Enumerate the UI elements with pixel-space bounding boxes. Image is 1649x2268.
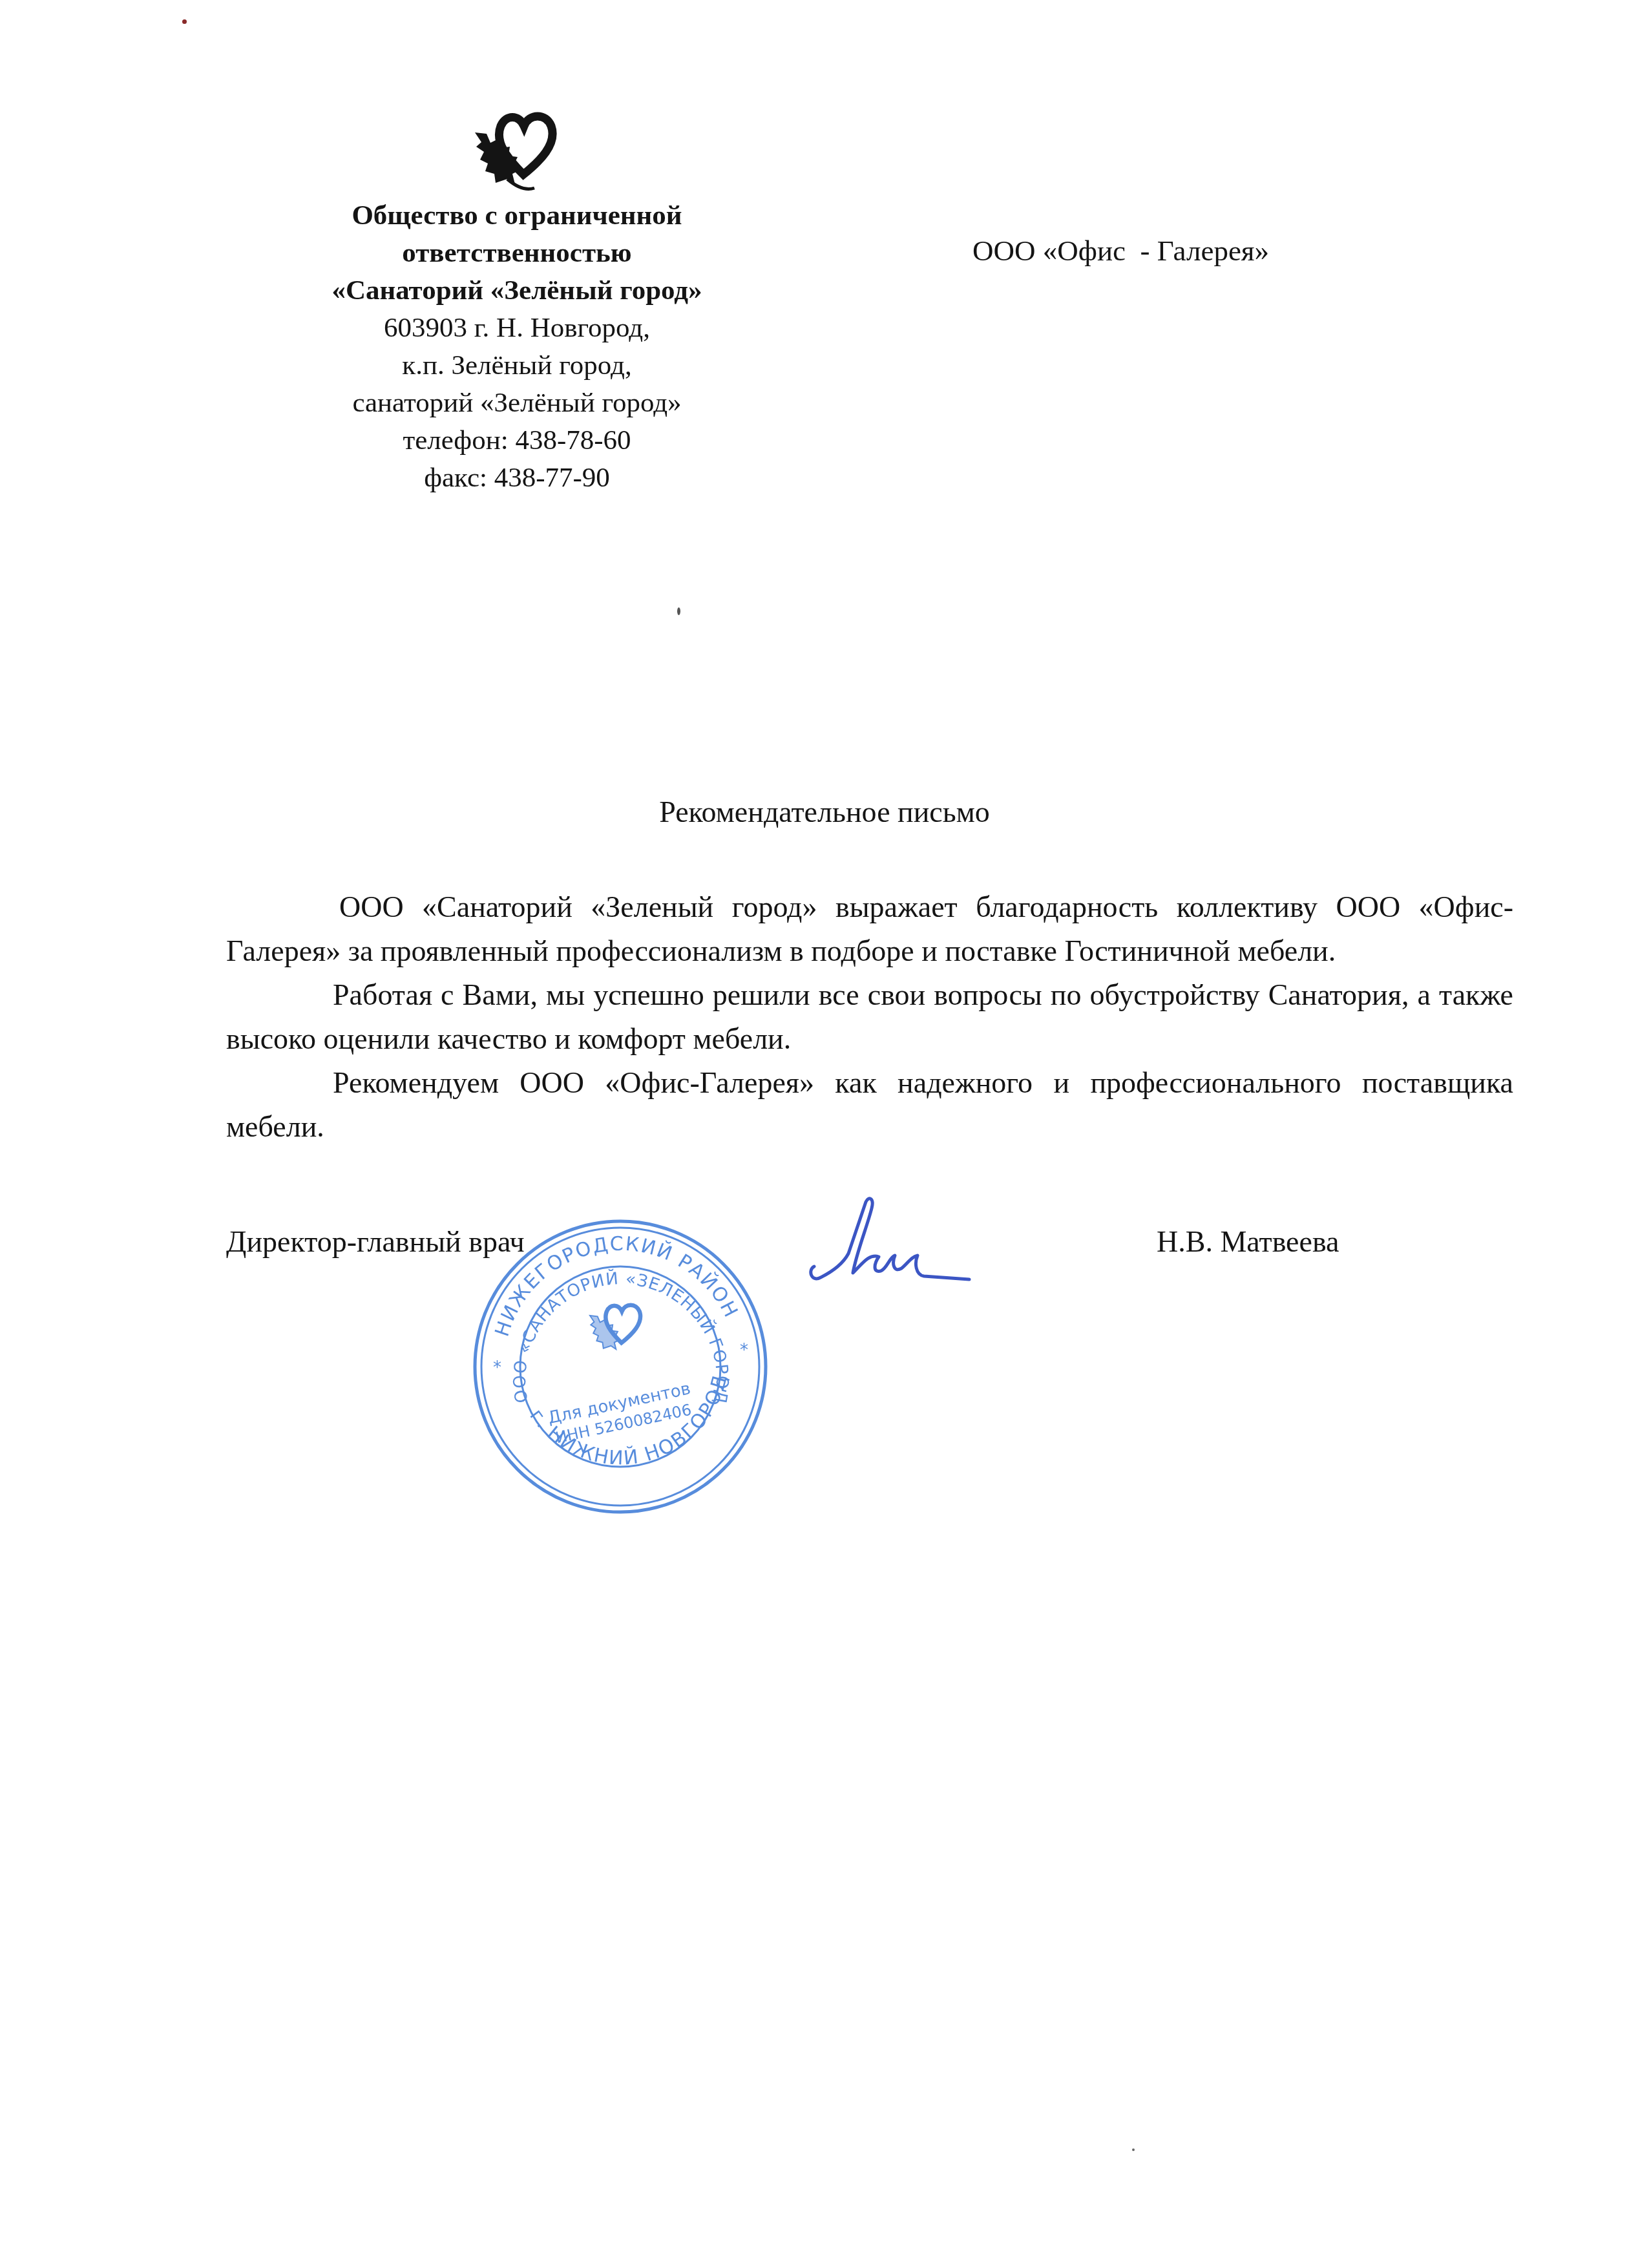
body-paragraph: Работая с Вами, мы успешно решили все св… <box>226 973 1513 1061</box>
svg-text:*: * <box>740 1341 748 1360</box>
signatory-name: Н.В. Матвеева <box>1157 1224 1339 1259</box>
letter-title: Рекомендательное письмо <box>0 795 1649 829</box>
svg-text:*: * <box>493 1358 501 1378</box>
scan-speck <box>677 607 680 615</box>
scan-speck <box>1132 2148 1135 2151</box>
address-line: к.п. Зелёный город, <box>284 347 750 384</box>
letter-body: ООО «Санаторий «Зеленый город» выражает … <box>226 885 1513 1149</box>
body-paragraph: Рекомендуем ООО «Офис-Галерея» как надеж… <box>226 1061 1513 1149</box>
org-name-line: «Санаторий «Зелёный город» <box>284 272 750 310</box>
stamp-logo-icon <box>590 1305 640 1349</box>
signatory-position: Директор-главный врач <box>226 1224 525 1259</box>
address-line: санаторий «Зелёный город» <box>284 384 750 422</box>
heart-leaf-logo-icon <box>462 107 565 200</box>
letterhead-org-block: Общество с ограниченной ответственностью… <box>284 197 750 497</box>
org-name-line: Общество с ограниченной <box>284 197 750 235</box>
address-line: 603903 г. Н. Новгород, <box>284 310 750 347</box>
phone-line: телефон: 438-78-60 <box>284 422 750 459</box>
scan-speck <box>182 19 187 24</box>
body-paragraph: ООО «Санаторий «Зеленый город» выражает … <box>226 885 1513 973</box>
handwritten-signature-icon <box>804 1192 985 1289</box>
fax-line: факс: 438-77-90 <box>284 459 750 497</box>
org-name-line: ответственностью <box>284 235 750 272</box>
recipient: ООО «Офис - Галерея» <box>972 234 1269 268</box>
